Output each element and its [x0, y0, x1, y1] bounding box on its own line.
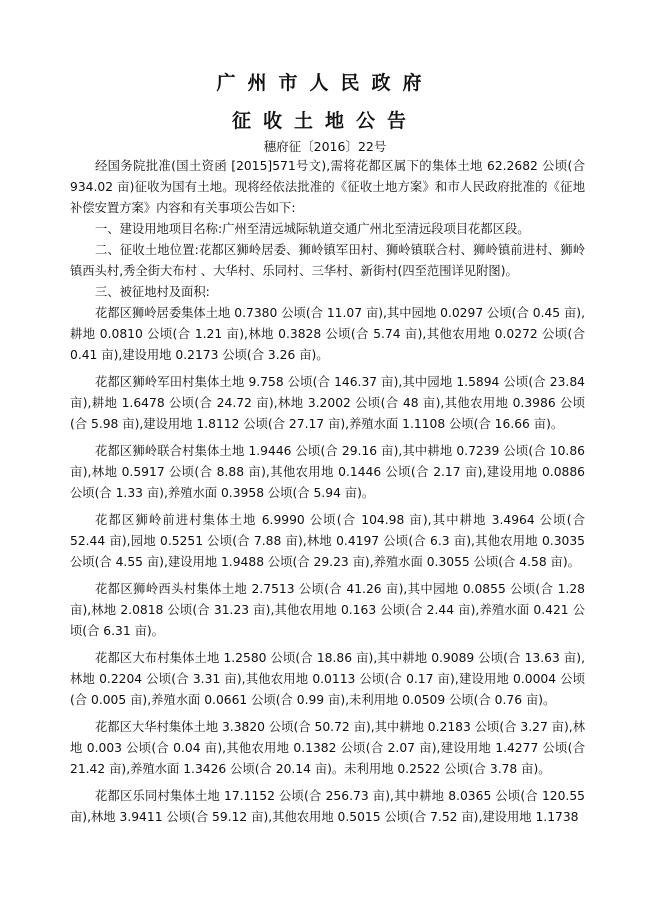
village-paragraph: 花都区狮岭居委集体土地 0.7380 公顷(合 11.07 亩),其中园地 0.…: [70, 303, 585, 366]
intro-paragraph: 经国务院批准(国土资函 [2015]571号文),需将花都区属下的集体土地 62…: [70, 156, 585, 219]
announcement-title: 征收土地公告: [0, 106, 650, 133]
village-paragraph: 花都区狮岭军田村集体土地 9.758 公顷(合 146.37 亩),其中园地 1…: [70, 372, 585, 435]
document-body: 经国务院批准(国土资函 [2015]571号文),需将花都区属下的集体土地 62…: [70, 156, 585, 834]
document-page: 广州市人民政府 征收土地公告 穗府征〔2016〕22号 经国务院批准(国土资函 …: [0, 0, 650, 919]
village-paragraph: 花都区大华村集体土地 3.3820 公顷(合 50.72 亩),其中耕地 0.2…: [70, 717, 585, 780]
section-land-location: 二、征收土地位置:花都区狮岭居委、狮岭镇军田村、狮岭镇联合村、狮岭镇前进村、狮岭…: [70, 240, 585, 282]
section-villages-area: 三、被征地村及面积:: [70, 282, 585, 303]
village-paragraph: 花都区大布村集体土地 1.2580 公顷(合 18.86 亩),其中耕地 0.9…: [70, 648, 585, 711]
issuer-heading: 广州市人民政府: [0, 68, 650, 95]
document-number: 穗府征〔2016〕22号: [0, 137, 650, 155]
village-paragraph: 花都区狮岭联合村集体土地 1.9446 公顷(合 29.16 亩),其中耕地 0…: [70, 441, 585, 504]
village-paragraph: 花都区狮岭前进村集体土地 6.9990 公顷(合 104.98 亩),其中耕地 …: [70, 510, 585, 573]
village-paragraph: 花都区狮岭西头村集体土地 2.7513 公顷(合 41.26 亩),其中园地 0…: [70, 579, 585, 642]
village-paragraph: 花都区乐同村集体土地 17.1152 公顷(合 256.73 亩),其中耕地 8…: [70, 786, 585, 828]
section-project-name: 一、建设用地项目名称:广州至清远城际轨道交通广州北至清远段项目花都区段。: [70, 219, 585, 240]
